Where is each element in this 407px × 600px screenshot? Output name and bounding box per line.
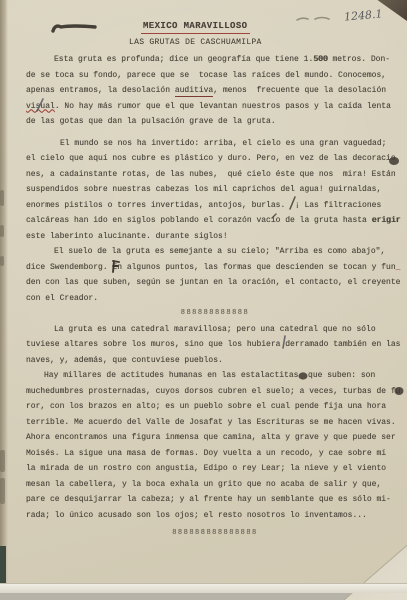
text-segment: . No hay más rumor que el que levantan n… [55,102,391,111]
typed-body: Esta gruta es profunda; dice un geografí… [26,52,404,542]
paragraph: Hay millares de actitudes humanas en las… [26,368,404,523]
text-segment: La gruta es una catedral maravillosa; pe… [54,325,376,334]
typed-line: con el Creador. [26,291,404,307]
page-title: MEXICO MARAVILLOSO [141,21,250,34]
text-segment: , menos frecuente que la desolación [213,86,386,95]
text-segment: apenas entramos, la desolación [26,86,175,95]
typed-line: la mirada de un rostro con angustia, Edi… [26,461,404,477]
typed-line: El mundo se nos ha invertido: arriba, el… [26,136,404,152]
text-segment: terrible. Me acuerdo del Valle de Josafa… [26,418,396,427]
paragraph: Esta gruta es profunda; dice un geografí… [26,52,404,130]
typed-line: el cielo que aquí nos cubre es plástico … [26,151,404,167]
typed-line: tuviese altares sobre los muros, sino qu… [26,337,404,353]
text-segment: Hay millares de actitudes humanas en las… [44,371,375,380]
text-segment: calcáreas han ido en siglos poblando el … [26,216,372,225]
page-bottom-edge [0,583,407,593]
text-segment: nes, a cadainstante rotas, de las nubes,… [26,170,396,179]
text-segment: pare ce desquijarrar la cabeza; y al fre… [26,495,391,504]
text-segment: 500 [313,55,327,64]
text-segment: muchedumbres prosternadas, cuyos dorsos … [26,387,400,396]
edge-stain [0,478,5,504]
section-divider: 888888888888888 [26,526,404,542]
typed-line: de las gotas que dan la pulsación grave … [26,114,404,130]
binding-strip [0,546,6,584]
typed-line: apenas entramos, la desolación auditiva,… [26,83,404,99]
text-segment: Esta gruta es profunda; dice un geografí… [54,55,304,64]
text-segment: este laberinto alucinante. durante siglo… [26,232,228,241]
typed-line: Hay millares de actitudes humanas en las… [26,368,404,384]
text-segment: 1. [304,55,314,64]
text-segment: el cielo que aquí nos cubre es plástico … [26,154,396,163]
edge-stain [0,450,5,472]
text-segment: _ [396,263,401,272]
typed-line: nes, a cadainstante rotas, de las nubes,… [26,167,404,183]
typed-line: de se toca su fondo, parece que se tocas… [26,68,404,84]
text-segment: con el Creador. [26,294,98,303]
typed-line: terrible. Me acuerdo del Valle de Josafa… [26,415,404,431]
typed-line: este laberinto alucinante. durante siglo… [26,229,404,245]
text-segment: den con las que suben, según se juntan e… [26,278,400,287]
text-segment: suspendidos sobre nuestras cabezas los m… [26,185,381,194]
paragraph: El mundo se nos ha invertido: arriba, el… [26,136,404,245]
text-segment: la mirada de un rostro con angustia, Edi… [26,464,386,473]
page-subtitle: LAS GRUTAS DE CASCHUAMILPA [129,38,262,47]
typed-line: calcáreas han ido en siglos poblando el … [26,213,404,229]
typed-line: naves, y, además, que contuviese pueblos… [26,353,404,369]
typed-line: El suelo de la gruta es semejante a su c… [26,244,404,260]
text-segment: tuviese altares sobre los muros, sino qu… [26,340,400,349]
text-segment: El mundo se nos ha invertido: arriba, el… [60,139,386,148]
typed-line: ror, con los brazos en alto; es un puebl… [26,399,404,415]
text-segment: Moisés. La sigue una masa de formas. Doy… [26,449,386,458]
text-segment: naves, y, además, que contuviese pueblos… [26,356,223,365]
typed-line: enormes pistilos o torres invertidas, an… [26,198,404,214]
typed-line: Ahora encontramos una figura inmensa que… [26,430,404,446]
paragraph: El suelo de la gruta es semejante a su c… [26,244,404,306]
typed-line: La gruta es una catedral maravillosa; pe… [26,322,404,338]
typed-line: mesan la cabellera, y la boca exhala un … [26,477,404,493]
typed-line: rada; lo único acusado son los ojos; el … [26,508,404,524]
section-divider: 888888888888 [26,306,404,322]
typed-line: visual. No hay más rumor que el que leva… [26,99,404,115]
typed-line: Moisés. La sigue una masa de formas. Doy… [26,446,404,462]
scanned-typescript-page: { "annotations": { "corner_number": "124… [0,0,407,600]
text-segment: El suelo de la gruta es semejante a su c… [54,247,385,256]
edge-stain [0,190,4,206]
text-segment: enormes pistilos o torres invertidas, an… [26,201,381,210]
text-segment: rada; lo único acusado son los ojos; el … [26,511,367,520]
text-segment: de se toca su fondo, parece que se tocas… [26,71,386,80]
text-segment: dice Swendemborg. En algunos puntos, las… [26,263,396,272]
text-segment: de las gotas que dan la pulsación grave … [26,117,276,126]
text-segment: ror, con los brazos en alto; es un puebl… [26,402,386,411]
text-segment: metros. Don- [328,55,390,64]
paragraph: La gruta es una catedral maravillosa; pe… [26,322,404,369]
typed-line: Esta gruta es profunda; dice un geografí… [26,52,404,68]
text-segment: mesan la cabellera, y la boca exhala un … [26,480,381,489]
typed-line: den con las que suben, según se juntan e… [26,275,404,291]
typed-line: dice Swendemborg. En algunos puntos, las… [26,260,404,276]
typed-line: pare ce desquijarrar la cabeza; y al fre… [26,492,404,508]
text-segment: auditiva [175,86,213,97]
edge-stain [0,225,4,237]
typed-line: muchedumbres prosternadas, cuyos dorsos … [26,384,404,400]
text-segment: Ahora encontramos una figura inmensa que… [26,433,396,442]
edge-stain [0,256,4,266]
typed-line: suspendidos sobre nuestras cabezas los m… [26,182,404,198]
text-segment: visual [26,102,55,111]
text-segment: erigir [372,216,401,225]
